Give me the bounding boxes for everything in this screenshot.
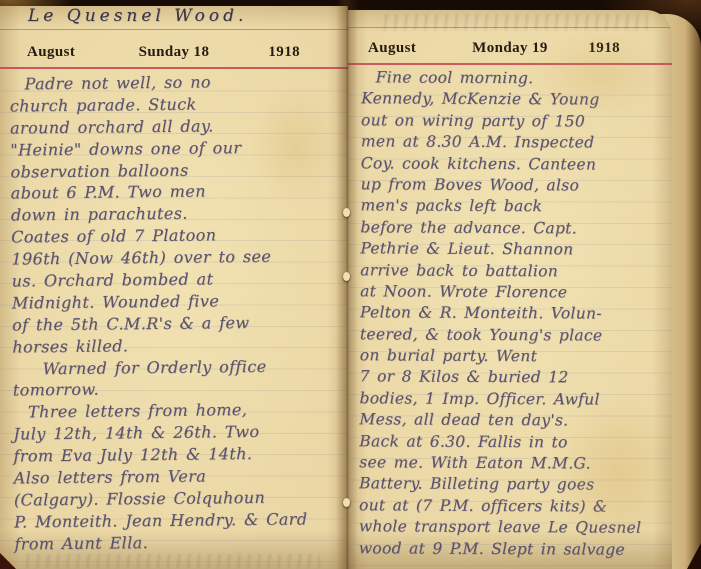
handwriting-line: Three letters from home, xyxy=(13,399,306,424)
handwriting-line: see me. With Eaton M.M.G. xyxy=(359,452,642,475)
handwriting-line: from Aunt Ella. xyxy=(14,530,307,555)
stitch-mark xyxy=(343,208,350,217)
handwriting-line: of the 5th C.M.R's & a few xyxy=(12,311,305,336)
diary-page-left: Le Quesnel Wood. August Sunday 18 1918 P… xyxy=(0,6,348,569)
handwriting-line: before the advance. Capt. xyxy=(360,217,643,240)
printed-date-header: August Monday 19 1918 xyxy=(348,36,672,60)
handwriting-line: arrive back to battalion xyxy=(360,260,643,283)
handwriting-line: up from Boves Wood, also xyxy=(361,174,644,197)
printed-date-header: August Sunday 18 1918 xyxy=(0,40,348,64)
stitch-mark xyxy=(343,498,350,507)
handwriting-line: Coy. cook kitchens. Canteen xyxy=(361,153,644,176)
handwriting-line: 7 or 8 Kilos & buried 12 xyxy=(360,367,643,390)
red-rule-top xyxy=(348,27,672,28)
handwriting-line: men's packs left back xyxy=(361,196,644,219)
handwriting-line: horses killed. xyxy=(12,333,305,358)
handwriting-line: Warned for Orderly office xyxy=(12,355,305,380)
red-rule-bottom xyxy=(348,63,672,65)
handwriting-line: (Calgary). Flossie Colquhoun xyxy=(14,486,307,511)
handwriting-line: teered, & took Young's place xyxy=(360,324,643,347)
handwriting-line: Back at 6.30. Fallis in to xyxy=(359,431,642,454)
handwriting-line: down in parachutes. xyxy=(11,202,304,227)
handwriting-line: Mess, all dead ten day's. xyxy=(359,410,642,433)
handwriting-line: from Eva July 12th & 14th. xyxy=(13,443,306,468)
diary-scan: Le Quesnel Wood. August Sunday 18 1918 P… xyxy=(0,0,701,569)
diary-entry-text-right: Fine cool morning.Kennedy, McKenzie & Yo… xyxy=(359,67,644,560)
handwriting-line: Also letters from Vera xyxy=(14,464,307,489)
header-year: 1918 xyxy=(268,44,300,61)
handwriting-line: Coates of old 7 Platoon xyxy=(11,224,304,249)
handwriting-line: wood at 9 P.M. Slept in salvage xyxy=(359,538,642,561)
handwriting-line: whole transport leave Le Quesnel xyxy=(359,516,642,539)
handwriting-line: Midnight. Wounded five xyxy=(12,289,305,314)
handwriting-line: on burial party. Went xyxy=(360,345,643,368)
handwritten-location-title: Le Quesnel Wood. xyxy=(28,6,247,26)
handwriting-line: 196th (Now 46th) over to see xyxy=(11,246,304,271)
handwriting-line: Pethrie & Lieut. Shannon xyxy=(360,238,643,261)
handwriting-line: P. Monteith. Jean Hendry. & Card xyxy=(14,508,307,533)
handwriting-line: Padre not well, so no xyxy=(9,70,302,95)
handwriting-line: tomorrow. xyxy=(13,377,306,402)
handwriting-line: Fine cool morning. xyxy=(361,67,644,90)
red-rule-top xyxy=(0,29,348,30)
handwriting-line: at Noon. Wrote Florence xyxy=(360,281,643,304)
handwriting-line: Battery. Billeting party goes xyxy=(359,474,642,497)
stitch-mark xyxy=(343,272,350,281)
handwriting-line: Pelton & R. Monteith. Volun- xyxy=(360,303,643,326)
handwriting-line: men at 8.30 A.M. Inspected xyxy=(361,131,644,154)
handwriting-line: bodies, 1 Imp. Officer. Awful xyxy=(359,388,642,411)
diary-entry-text-left: Padre not well, so nochurch parade. Stuc… xyxy=(9,70,307,555)
handwriting-line: church parade. Stuck xyxy=(10,92,303,117)
header-day: Monday 19 xyxy=(348,40,672,57)
handwriting-line: around orchard all day. xyxy=(10,114,303,139)
handwriting-line: out on wiring party of 150 xyxy=(361,110,644,133)
handwriting-line: out at (7 P.M. officers kits) & xyxy=(359,495,642,518)
binding-gutter xyxy=(336,0,358,569)
header-year: 1918 xyxy=(588,40,620,57)
handwriting-line: us. Orchard bombed at xyxy=(12,267,305,292)
handwriting-line: July 12th, 14th & 26th. Two xyxy=(13,421,306,446)
handwriting-line: "Heinie" downs one of our xyxy=(10,136,303,161)
handwriting-line: observation balloons xyxy=(10,158,303,183)
handwriting-line: about 6 P.M. Two men xyxy=(11,180,304,205)
diary-page-right: August Monday 19 1918 Fine cool morning.… xyxy=(348,10,672,569)
handwriting-line: Kennedy, McKenzie & Young xyxy=(361,89,644,112)
red-rule-bottom xyxy=(0,67,348,69)
